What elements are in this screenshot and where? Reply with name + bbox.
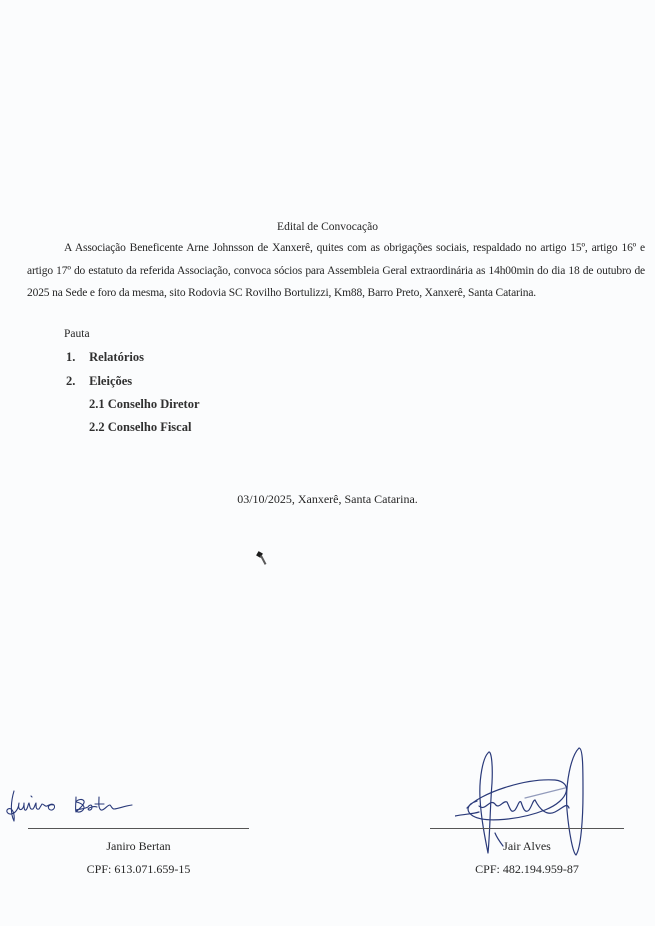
signer-cpf-jair: CPF: 482.194.959-87 xyxy=(430,862,624,877)
agenda-item-relatorios: 1. Relatórios xyxy=(66,350,144,365)
agenda-label: Pauta xyxy=(64,327,90,341)
agenda-item-number: 2. xyxy=(66,374,86,389)
document-page: Edital de Convocação A Associação Benefi… xyxy=(0,0,655,926)
signer-cpf-janiro: CPF: 613.071.659-15 xyxy=(28,862,249,877)
signature-line-left xyxy=(28,828,249,829)
convocation-paragraph: A Associação Beneficente Arne Johnsson d… xyxy=(27,237,645,305)
agenda-item-label: Eleições xyxy=(89,374,132,388)
signature-line-right xyxy=(430,828,624,829)
signer-name-janiro: Janiro Bertan xyxy=(28,839,249,854)
agenda-item-number: 2.1 xyxy=(89,397,105,411)
agenda-item-number: 2.2 xyxy=(89,420,105,434)
date-and-place: 03/10/2025, Xanxerê, Santa Catarina. xyxy=(0,492,655,507)
agenda-item-label: Relatórios xyxy=(89,350,144,364)
agenda-item-eleicoes: 2. Eleições xyxy=(66,374,132,389)
ink-speck-tail xyxy=(260,555,266,565)
agenda-subitem-conselho-fiscal: 2.2 Conselho Fiscal xyxy=(89,420,191,435)
agenda-item-label: Conselho Diretor xyxy=(108,397,200,411)
signer-name-jair: Jair Alves xyxy=(430,839,624,854)
agenda-subitem-conselho-diretor: 2.1 Conselho Diretor xyxy=(89,397,200,412)
agenda-item-label: Conselho Fiscal xyxy=(108,420,192,434)
signature-janiro-bertan xyxy=(2,783,142,828)
document-title: Edital de Convocação xyxy=(0,220,655,234)
agenda-item-number: 1. xyxy=(66,350,86,365)
